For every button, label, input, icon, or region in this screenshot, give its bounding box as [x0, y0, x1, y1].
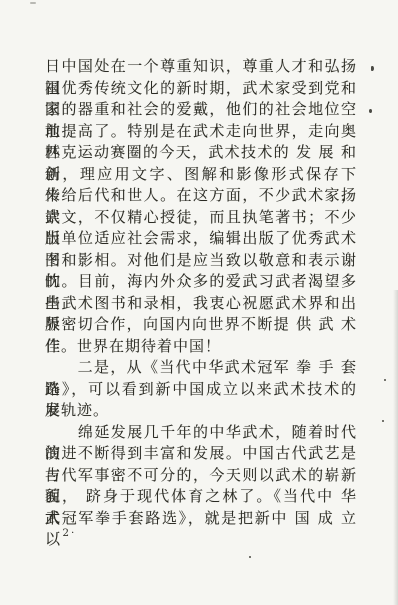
text-line: 些武术图书和录相，我衷心祝愿武术界和出版	[45, 293, 357, 315]
scan-speck	[30, 2, 36, 4]
text-line: 绵延发展几千年的中华武术，随着时代的	[45, 422, 357, 444]
text-line: 版单位适应社会需求，编辑出版了优秀武术图	[45, 228, 357, 250]
scan-speck	[249, 556, 251, 558]
text-line: 作。世界在期待着中国！	[45, 336, 357, 358]
text-line: 传给后代和世人。在这方面，不少武术家扬武	[45, 185, 357, 207]
text-line: 古代军事密不可分的，今天则以武术的崭新面	[45, 465, 357, 487]
text-line: 二是，从《当代中华武术冠军 拳 手 套 路	[45, 357, 357, 379]
scan-speck	[384, 379, 386, 381]
text-line: 术冠军拳手套路选》，就是把新中 国 成 立 以	[45, 508, 357, 530]
text-line: 选》，可以看到新中国成立以来武术技术的发	[45, 379, 357, 401]
text-line: 书和影相。对他们是应当致以敬意和表示谢忱	[45, 250, 357, 272]
text-line: 貌， 跻身于现代体育之林了。《当代中 华 武	[45, 486, 357, 508]
page-edge-shadow	[393, 290, 398, 605]
scan-speck	[369, 109, 372, 113]
text-line: 展轨迹。	[45, 400, 357, 422]
text-line: 新，理应用文字、图解和影像形式保存下来，	[45, 164, 357, 186]
text-line: 日中国处在一个尊重知识，尊重人才和弘扬祖	[45, 56, 357, 78]
scan-speck	[371, 66, 374, 71]
scan-speck	[382, 420, 384, 422]
text-line: 匹克运动赛圈的今天，武术技术的 发 展 和 创	[45, 142, 357, 164]
page-text: 日中国处在一个尊重知识，尊重人才和弘扬祖国优秀传统文化的新时期，武术家受到党和国…	[45, 56, 357, 529]
scanned-book-page: 日中国处在一个尊重知识，尊重人才和弘扬祖国优秀传统文化的新时期，武术家受到党和国…	[0, 0, 398, 605]
text-line: 的。目前，海内外众多的爱武习武者渴望多出	[45, 271, 357, 293]
text-line: 崇文，不仅精心授徒，而且执笔著书；不少出	[45, 207, 357, 229]
text-line: 界密切合作，向国内向世界不断提 供 武 术 佳	[45, 314, 357, 336]
text-line: 家的器重和社会的爱戴，他们的社会地位空前	[45, 99, 357, 121]
text-line: 演进不断得到丰富和发展。中国古代武艺是与	[45, 443, 357, 465]
page-number: ·2·	[57, 527, 76, 539]
text-line: 地提高了。特别是在武术走向世界，走向奥林	[45, 121, 357, 143]
text-line: 国优秀传统文化的新时期，武术家受到党和国	[45, 78, 357, 100]
